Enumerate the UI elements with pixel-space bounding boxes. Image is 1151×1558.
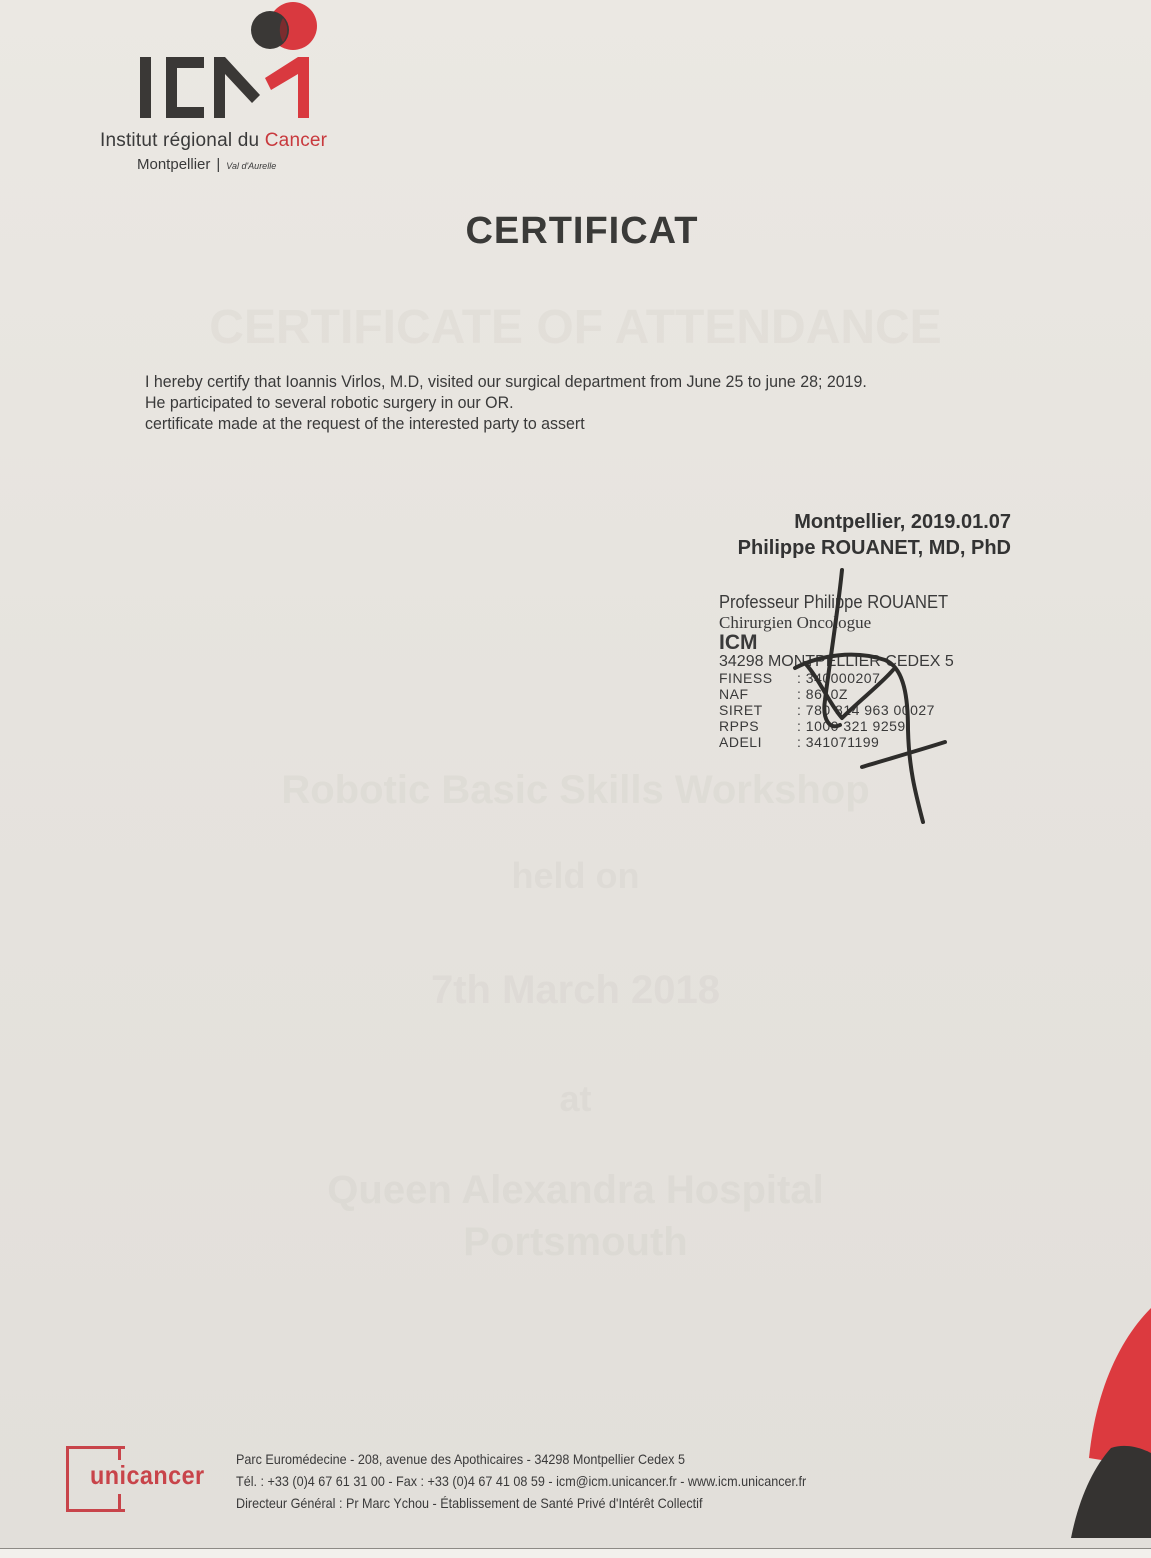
page-edge — [0, 1548, 1151, 1558]
institute-location: Montpellier|Val d'Aurelle — [137, 156, 276, 173]
stamp-field-row: FINESS: 340000207 — [719, 670, 935, 686]
ghost-line: Queen Alexandra Hospital — [0, 1168, 1151, 1213]
body-line: I hereby certify that Ioannis Virlos, M.… — [145, 371, 867, 392]
stamp-field-row: RPPS: 1000 321 9259 — [719, 718, 935, 734]
certificate-body: I hereby certify that Ioannis Virlos, M.… — [145, 371, 867, 434]
unicancer-wordmark: unicancer — [90, 1460, 205, 1491]
stamp-field-row: NAF: 8610Z — [719, 686, 935, 702]
place-and-date: Montpellier, 2019.01.07 — [794, 511, 1011, 534]
footer-contact: Parc Euromédecine - 208, avenue des Apot… — [236, 1448, 806, 1514]
stamp-field-row: ADELI: 341071199 — [719, 734, 935, 750]
icm-logo-mark-icon — [100, 0, 360, 130]
ghost-line: Robotic Basic Skills Workshop — [0, 768, 1151, 813]
stamp-fields: FINESS: 340000207 NAF: 8610Z SIRET: 780 … — [719, 670, 935, 750]
unicancer-frame-icon — [118, 1446, 121, 1460]
certificate-page: CERTIFICATE OF ATTENDANCE Robotic Basic … — [0, 0, 1151, 1548]
body-line: He participated to several robotic surge… — [145, 392, 867, 413]
body-line: certificate made at the request of the i… — [145, 413, 867, 434]
signer-name: Philippe ROUANET, MD, PhD — [738, 537, 1011, 560]
ghost-line: 7th March 2018 — [0, 968, 1151, 1013]
ghost-line: at — [0, 1078, 1151, 1120]
unicancer-logo: unicancer — [66, 1446, 206, 1510]
stamp-role: Chirurgien Oncologue — [719, 613, 968, 633]
icm-logo: Institut régional du Cancer Montpellier|… — [100, 0, 360, 180]
stamp-org: ICM — [719, 633, 968, 653]
ghost-line: CERTIFICATE OF ATTENDANCE — [0, 300, 1151, 355]
footer-address: Parc Euromédecine - 208, avenue des Apot… — [236, 1448, 806, 1470]
stamp-name: Professeur Philippe ROUANET — [719, 592, 948, 613]
corner-decoration-icon — [1071, 1308, 1151, 1538]
official-stamp: Professeur Philippe ROUANET Chirurgien O… — [719, 592, 968, 750]
stamp-address: 34298 MONTPELLIER CEDEX 5 — [719, 653, 968, 670]
unicancer-frame-icon — [118, 1494, 121, 1509]
institute-name: Institut régional du Cancer — [100, 130, 327, 152]
document-title: CERTIFICAT — [0, 210, 1151, 253]
footer-phone-email: Tél. : +33 (0)4 67 61 31 00 - Fax : +33 … — [236, 1470, 806, 1492]
ghost-line: held on — [0, 855, 1151, 897]
ghost-line: Portsmouth — [0, 1220, 1151, 1265]
stamp-field-row: SIRET: 780 814 963 00027 — [719, 702, 935, 718]
footer-director: Directeur Général : Pr Marc Ychou - Étab… — [236, 1492, 806, 1514]
